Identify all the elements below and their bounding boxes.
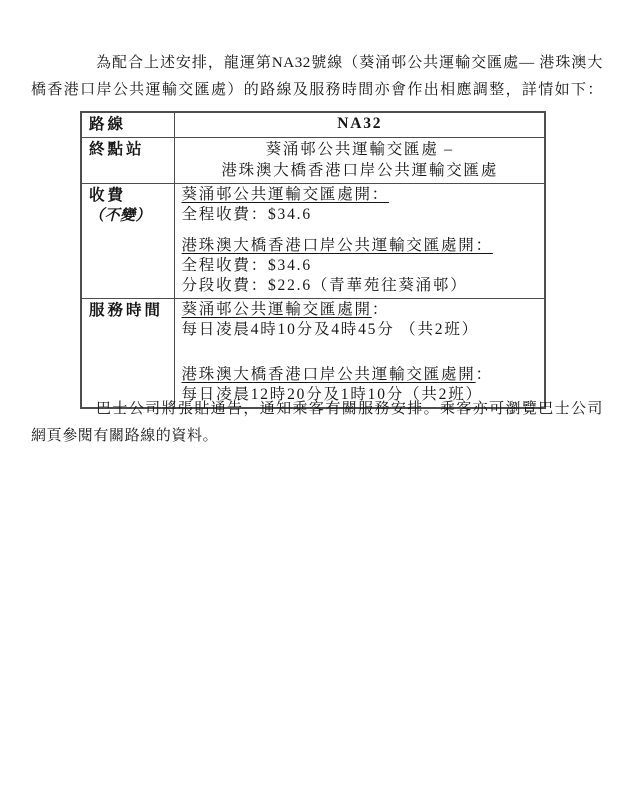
table-row-service-hours: 服務時間 葵涌邨公共運輸交匯處開： 每日凌晨4時10分及4時45分 （共2班） …	[81, 299, 545, 409]
service-hours-label: 服務時間	[81, 299, 174, 409]
route-label: 路線	[81, 112, 174, 138]
service-heading-kwai-chung: 葵涌邨公共運輸交匯處開：	[182, 300, 539, 320]
fare-spacer	[182, 225, 539, 236]
terminus-line-1: 葵涌邨公共運輸交匯處 –	[182, 139, 539, 160]
fare-full-hzmb: 全程收費：$34.6	[182, 256, 539, 276]
service-times-kwai-chung: 每日凌晨4時10分及4時45分 （共2班）	[182, 320, 539, 340]
service-spacer	[182, 340, 539, 365]
outro-paragraph: 巴士公司將張貼通告，通知乘客有關服務安排。乘客亦可瀏覽巴士公司 網頁參閱有關路線…	[31, 396, 603, 450]
service-hours-content: 葵涌邨公共運輸交匯處開： 每日凌晨4時10分及4時45分 （共2班） 港珠澳大橋…	[174, 299, 545, 409]
service-heading-hzmb-colon: ：	[476, 366, 493, 383]
intro-line-2: 橋香港口岸公共運輸交匯處）的路線及服務時間亦會作出相應調整，詳情如下：	[31, 77, 603, 104]
fare-full-kwai-chung: 全程收費：$34.6	[182, 205, 539, 225]
fare-sectional-hzmb: 分段收費：$22.6（青華苑往葵涌邨）	[182, 276, 539, 296]
fare-heading-kwai-chung: 葵涌邨公共運輸交匯處開：	[182, 185, 539, 205]
fare-content: 葵涌邨公共運輸交匯處開： 全程收費：$34.6 港珠澳大橋香港口岸公共運輸交匯處…	[174, 184, 545, 299]
route-number: NA32	[174, 112, 545, 138]
document-page: 為配合上述安排，龍運第NA32號線（葵涌邨公共運輸交匯處— 港珠澳大 橋香港口岸…	[0, 0, 626, 800]
terminus-value: 葵涌邨公共運輸交匯處 – 港珠澳大橋香港口岸公共運輸交匯處	[174, 138, 545, 184]
fare-label-cell: 收費 （不變）	[81, 184, 174, 299]
service-heading-hzmb-text: 港珠澳大橋香港口岸公共運輸交匯處開	[182, 366, 476, 383]
service-heading-hzmb: 港珠澳大橋香港口岸公共運輸交匯處開：	[182, 365, 539, 385]
outro-line-1: 巴士公司將張貼通告，通知乘客有關服務安排。乘客亦可瀏覽巴士公司	[31, 396, 603, 423]
service-heading-kwai-chung-colon: ：	[372, 301, 389, 318]
terminus-label: 終點站	[81, 138, 174, 184]
intro-line-1: 為配合上述安排，龍運第NA32號線（葵涌邨公共運輸交匯處— 港珠澳大	[31, 50, 603, 77]
service-heading-kwai-chung-text: 葵涌邨公共運輸交匯處開	[182, 301, 372, 318]
outro-line-2: 網頁參閱有關路線的資料。	[31, 423, 603, 450]
table-row-route: 路線 NA32	[81, 112, 545, 138]
fare-unchanged-note: （不變）	[89, 206, 168, 227]
table-row-terminus: 終點站 葵涌邨公共運輸交匯處 – 港珠澳大橋香港口岸公共運輸交匯處	[81, 138, 545, 184]
fare-label: 收費	[89, 185, 168, 206]
fare-heading-hzmb: 港珠澳大橋香港口岸公共運輸交匯處開：	[182, 236, 539, 256]
intro-paragraph: 為配合上述安排，龍運第NA32號線（葵涌邨公共運輸交匯處— 港珠澳大 橋香港口岸…	[31, 50, 603, 104]
terminus-line-2: 港珠澳大橋香港口岸公共運輸交匯處	[182, 160, 539, 181]
route-info-table: 路線 NA32 終點站 葵涌邨公共運輸交匯處 – 港珠澳大橋香港口岸公共運輸交匯…	[80, 111, 546, 409]
table-row-fare: 收費 （不變） 葵涌邨公共運輸交匯處開： 全程收費：$34.6 港珠澳大橋香港口…	[81, 184, 545, 299]
